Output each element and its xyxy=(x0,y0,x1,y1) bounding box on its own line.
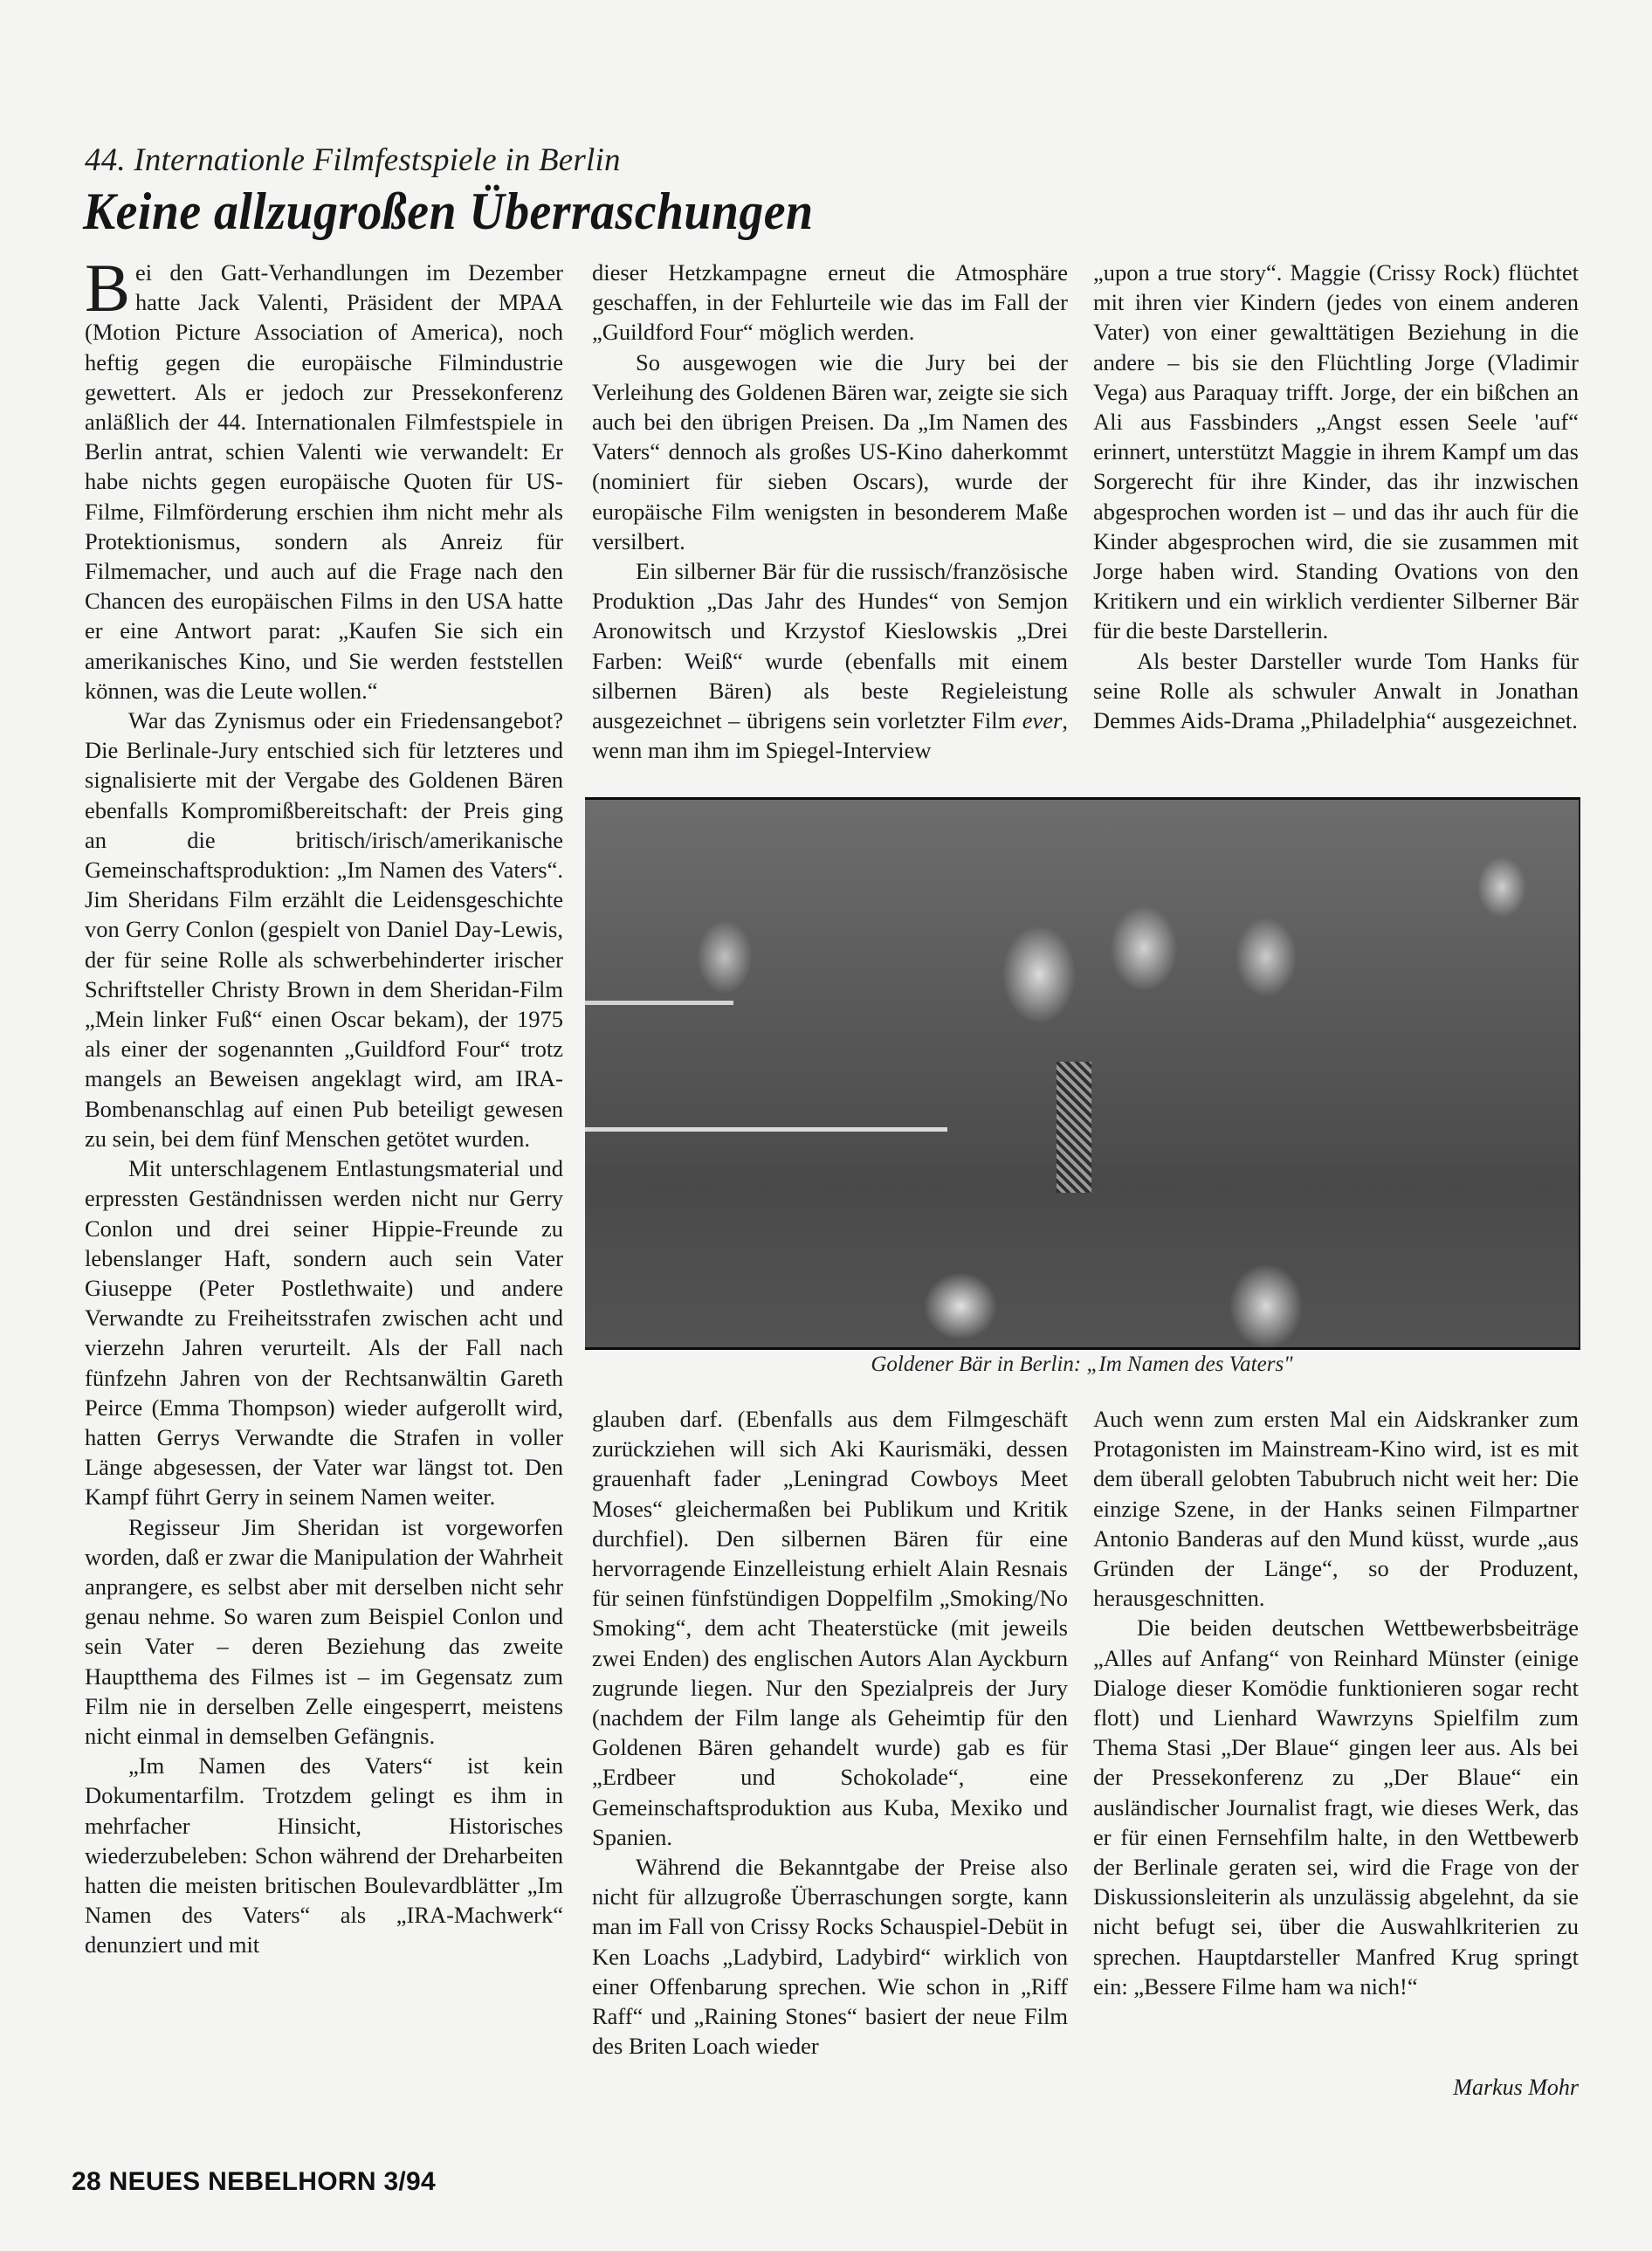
photo-caption: Goldener Bär in Berlin: „Im Namen des Va… xyxy=(585,1353,1579,1377)
article-headline: Keine allzugroßen Überraschungen xyxy=(83,182,814,242)
paragraph: Die beiden deutschen Wettbewerbsbeiträge… xyxy=(1093,1613,1579,2001)
photo-railing xyxy=(585,1127,947,1132)
paragraph: Mit unterschlagenem Entlastungsmaterial … xyxy=(85,1153,563,1511)
column-2-top: dieser Hetzkampagne erneut die Atmosphär… xyxy=(592,258,1068,765)
column-3-top: „upon a true story“. Maggie (Crissy Rock… xyxy=(1093,258,1579,735)
paragraph: dieser Hetzkampagne erneut die Atmosphär… xyxy=(592,258,1068,348)
paragraph-text: Ein silberner Bär für die russisch/franz… xyxy=(592,558,1068,733)
paragraph: glauben darf. (Ebenfalls aus dem Filmges… xyxy=(592,1404,1068,1852)
column-3-bottom: Auch wenn zum ersten Mal ein Aidskranker… xyxy=(1093,1404,1579,2001)
paragraph: „upon a true story“. Maggie (Crissy Rock… xyxy=(1093,258,1579,646)
paragraph: So ausgewogen wie die Jury bei der Verle… xyxy=(592,348,1068,556)
paragraph: Auch wenn zum ersten Mal ein Aidskranker… xyxy=(1093,1404,1579,1613)
paragraph: Während die Bekanntgabe der Preise also … xyxy=(592,1852,1068,2061)
article-kicker: 44. Internationle Filmfestspiele in Berl… xyxy=(85,141,621,179)
paragraph: Regisseur Jim Sheridan ist vorgeworfen w… xyxy=(85,1512,563,1752)
paragraph-text: ei den Gatt-Verhandlungen im Dezember ha… xyxy=(85,259,563,704)
paragraph: Als bester Darsteller wurde Tom Hanks fü… xyxy=(1093,646,1579,736)
italic-word: ever xyxy=(1022,707,1063,733)
paragraph: War das Zynismus oder ein Friedensangebo… xyxy=(85,706,563,1153)
paragraph: Ein silberner Bär für die russisch/franz… xyxy=(592,556,1068,765)
drop-cap: B xyxy=(85,261,130,315)
author-byline: Markus Mohr xyxy=(1093,2075,1579,2101)
photo-railing xyxy=(585,1001,733,1005)
column-2-bottom: glauben darf. (Ebenfalls aus dem Filmges… xyxy=(592,1404,1068,2061)
photo-detail xyxy=(1057,1062,1091,1193)
paragraph: „Im Namen des Vaters“ ist kein Dokumenta… xyxy=(85,1751,563,1959)
paragraph: Bei den Gatt-Verhandlungen im Dezember h… xyxy=(85,258,563,706)
page-footer: 28 NEUES NEBELHORN 3/94 xyxy=(72,2167,436,2197)
column-1: Bei den Gatt-Verhandlungen im Dezember h… xyxy=(85,258,563,1960)
article-photo xyxy=(585,797,1580,1350)
